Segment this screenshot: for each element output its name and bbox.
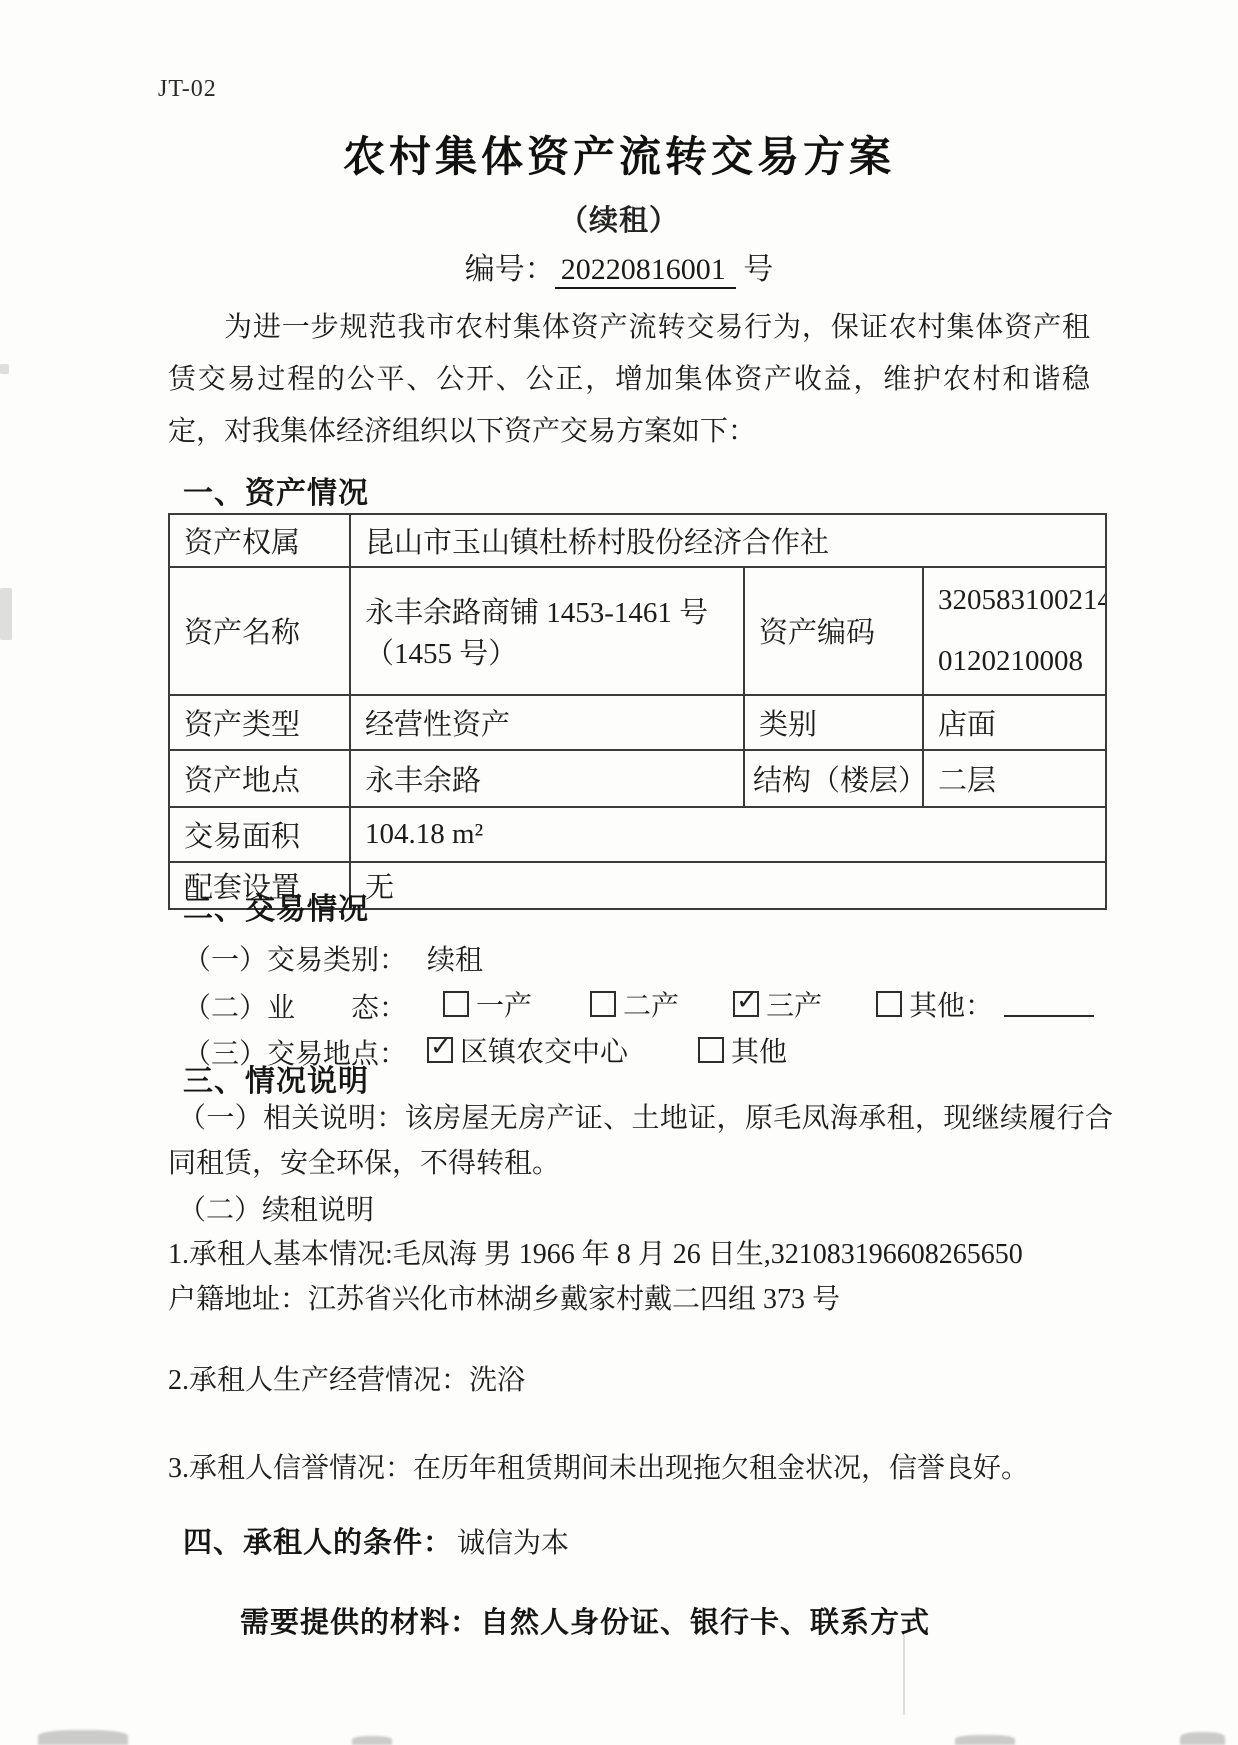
table-row-area: 交易面积 104.18 m²	[169, 807, 1106, 862]
section3-heading: 三、情况说明	[183, 1056, 369, 1100]
asset-code-line2: 0120210008	[938, 631, 1095, 692]
scan-artifact	[903, 1635, 905, 1715]
related-note-paragraph: （一）相关说明：该房屋无房产证、土地证，原毛凤海承租，现继续履行合同租赁，安全环…	[168, 1096, 1113, 1186]
category-value: 店面	[923, 695, 1106, 750]
trade-type-value: 续租	[427, 945, 483, 976]
trade-type-row: （一）交易类别： 续租	[183, 938, 483, 978]
scan-artifact	[0, 364, 9, 374]
scanned-document-page: JT-02 农村集体资产流转交易方案 （续租） 编号：20220816001 号…	[0, 0, 1238, 1745]
asset-code-line1: 32058310021402A	[938, 570, 1095, 631]
table-row-location: 资产地点 永丰余路 结构（楼层） 二层	[169, 750, 1106, 807]
area-value: 104.18 m²	[350, 807, 1106, 862]
checkbox-tertiary-industry: 三产	[733, 984, 822, 1024]
checkbox-icon	[427, 1037, 453, 1063]
asset-location-label: 资产地点	[169, 750, 350, 807]
section4-heading-value: 诚信为本	[457, 1528, 569, 1559]
asset-name-label: 资产名称	[169, 567, 350, 695]
form-code: JT-02	[158, 76, 217, 103]
structure-value: 二层	[923, 750, 1106, 807]
owner-label: 资产权属	[169, 514, 350, 567]
scan-artifact	[352, 1736, 392, 1745]
other-blank-line	[1004, 991, 1094, 1017]
document-number-value: 20220816001	[555, 253, 736, 289]
checkbox-icon	[733, 991, 759, 1017]
asset-type-value: 经营性资产	[350, 695, 744, 750]
category-label: 类别	[744, 695, 923, 750]
materials-line: 需要提供的材料：自然人身份证、银行卡、联系方式	[240, 1600, 930, 1641]
section4-heading-label: 四、承租人的条件：	[183, 1527, 453, 1559]
business-type-label-1: （二）业	[183, 993, 295, 1024]
table-row-owner: 资产权属 昆山市玉山镇杜桥村股份经济合作社	[169, 514, 1106, 567]
document-title: 农村集体资产流转交易方案	[0, 124, 1238, 184]
checkbox-secondary-industry: 二产	[590, 984, 679, 1024]
checkbox-icon	[876, 991, 902, 1017]
checkbox-icon	[443, 991, 469, 1017]
tenant-address-line: 户籍地址：江苏省兴化市林湖乡戴家村戴二四组 373 号	[168, 1277, 840, 1317]
table-row-name-code: 资产名称 永丰余路商铺 1453-1461 号 （1455 号） 资产编码 32…	[169, 567, 1106, 695]
facilities-value: 无	[350, 862, 1106, 909]
tenant-business-line: 2.承租人生产经营情况：洗浴	[168, 1358, 525, 1398]
checkbox-icon	[698, 1037, 724, 1063]
document-subtitle: （续租）	[0, 198, 1238, 239]
checkbox-primary-industry: 一产	[443, 984, 532, 1024]
scan-artifact	[0, 588, 12, 640]
tenant-credit-line: 3.承租人信誉情况：在历年租赁期间未出现拖欠租金状况，信誉良好。	[168, 1446, 1029, 1486]
structure-label: 结构（楼层）	[744, 750, 923, 807]
section2-heading: 二、交易情况	[183, 884, 369, 928]
scan-artifact	[955, 1735, 1015, 1745]
scan-artifact	[38, 1730, 128, 1745]
checkbox-town-center: 区镇农交中心	[427, 1030, 628, 1070]
asset-name-line1: 永丰余路商铺 1453-1461 号	[365, 590, 733, 631]
asset-code-value: 32058310021402A 0120210008	[923, 567, 1106, 695]
document-number-suffix: 号	[743, 253, 773, 286]
section4-heading-row: 四、承租人的条件：诚信为本	[183, 1520, 569, 1561]
business-type-row: （二）业态： 一产 二产 三产 其他：	[183, 984, 1094, 1026]
checkbox-icon	[590, 991, 616, 1017]
section1-heading: 一、资产情况	[183, 468, 369, 512]
asset-info-table: 资产权属 昆山市玉山镇杜桥村股份经济合作社 资产名称 永丰余路商铺 1453-1…	[168, 513, 1107, 910]
scan-artifact	[1180, 1732, 1225, 1745]
asset-location-value: 永丰余路	[350, 750, 744, 807]
asset-code-label: 资产编码	[744, 567, 923, 695]
document-number-prefix: 编号：	[465, 253, 555, 286]
owner-value: 昆山市玉山镇杜桥村股份经济合作社	[350, 514, 1106, 567]
area-label: 交易面积	[169, 807, 350, 862]
checkbox-other-place: 其他	[698, 1030, 787, 1070]
renew-note-heading: （二）续租说明	[178, 1188, 374, 1228]
document-number-line: 编号：20220816001 号	[0, 244, 1238, 288]
tenant-basic-line: 1.承租人基本情况:毛凤海 男 1966 年 8 月 26 日生,3210831…	[168, 1232, 1023, 1272]
asset-type-label: 资产类型	[169, 695, 350, 750]
intro-paragraph: 为进一步规范我市农村集体资产流转交易行为，保证农村集体资产租赁交易过程的公平、公…	[168, 302, 1090, 458]
business-type-label-2: 态：	[351, 993, 407, 1024]
asset-name-value: 永丰余路商铺 1453-1461 号 （1455 号）	[350, 567, 744, 695]
trade-type-label: （一）交易类别：	[183, 938, 420, 978]
table-row-type: 资产类型 经营性资产 类别 店面	[169, 695, 1106, 750]
asset-name-line2: （1455 号）	[365, 631, 733, 672]
checkbox-other-industry: 其他：	[876, 984, 993, 1024]
